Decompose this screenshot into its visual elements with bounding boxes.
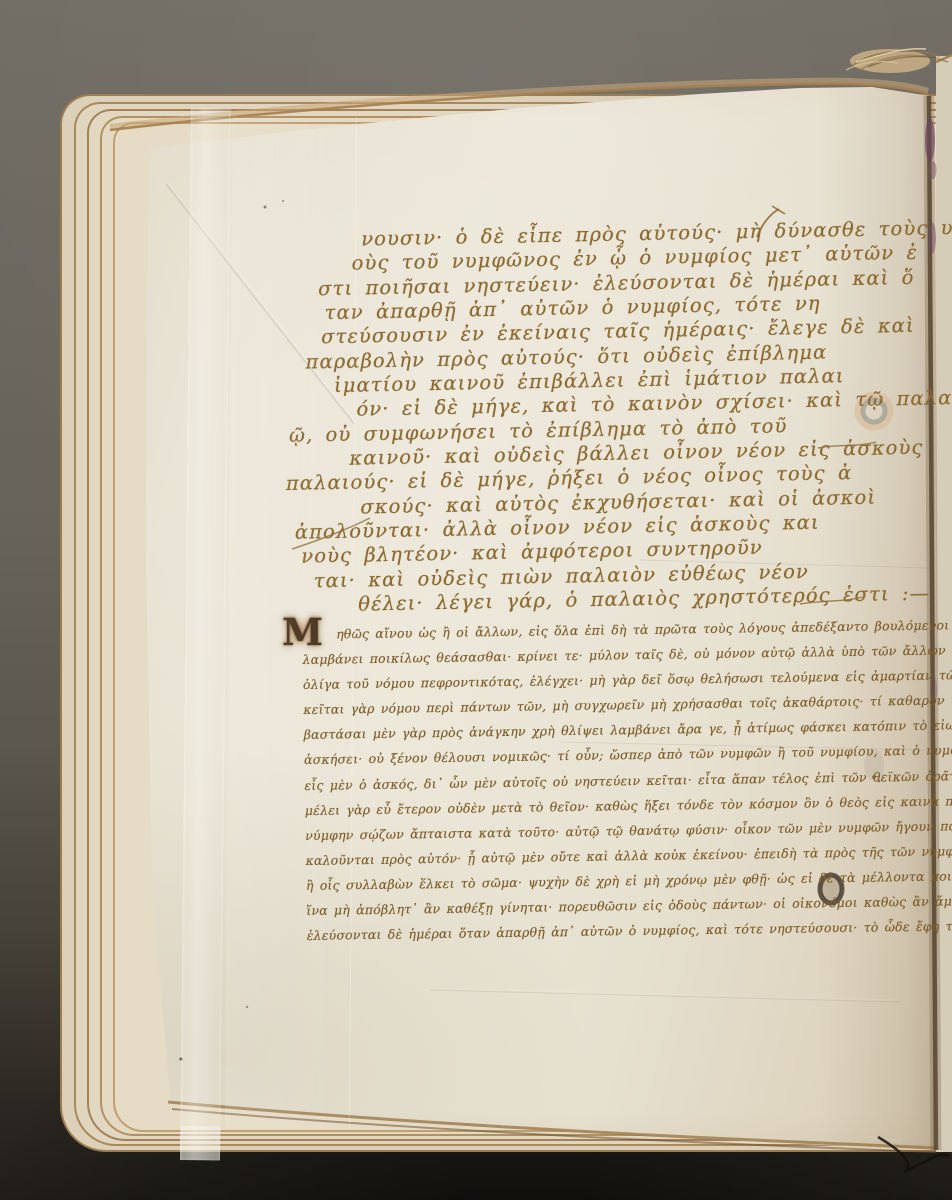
tape-sheen — [225, 116, 357, 1129]
commentary-text-block: ηθῶς αἴνου ὡς ἢ οἱ ἄλλων, εἰς ὅλα ἐπὶ δὴ… — [302, 613, 919, 948]
gospel-text-block: νουσιν· ὁ δὲ εἶπε πρὸς αὐτούς· μὴ δύνασθ… — [281, 217, 888, 618]
